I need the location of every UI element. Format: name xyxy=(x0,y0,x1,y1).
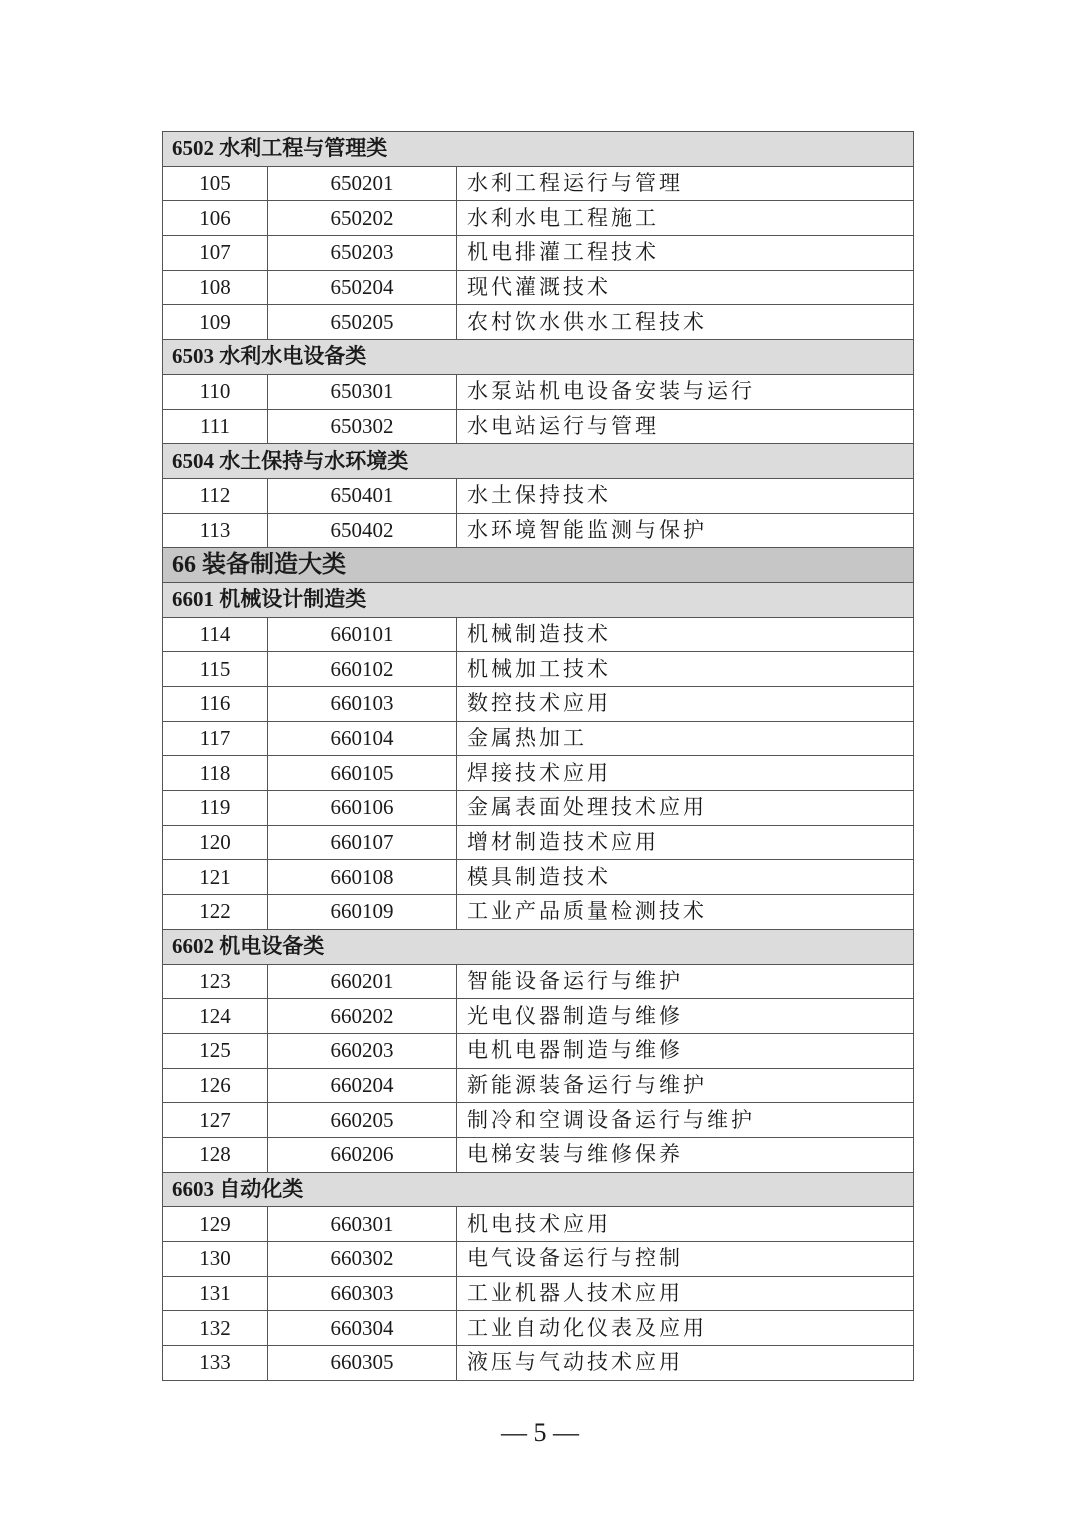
major-name-cell: 光电仪器制造与维修 xyxy=(457,999,914,1034)
row-number-cell: 113 xyxy=(163,513,268,548)
table-row: 124660202光电仪器制造与维修 xyxy=(163,999,914,1034)
major-code-cell: 650205 xyxy=(268,305,457,340)
major-code-cell: 660201 xyxy=(268,964,457,999)
major-name-cell: 水土保持技术 xyxy=(457,478,914,513)
major-name-cell: 现代灌溉技术 xyxy=(457,270,914,305)
major-name-cell: 金属表面处理技术应用 xyxy=(457,791,914,826)
row-number-cell: 122 xyxy=(163,895,268,930)
major-name-cell: 机械制造技术 xyxy=(457,617,914,652)
table-row: 122660109工业产品质量检测技术 xyxy=(163,895,914,930)
major-name-cell: 农村饮水供水工程技术 xyxy=(457,305,914,340)
subcategory-title: 6504 水土保持与水环境类 xyxy=(163,444,914,479)
subcategory-title: 6603 自动化类 xyxy=(163,1172,914,1207)
major-code-cell: 650203 xyxy=(268,236,457,271)
major-code-cell: 660102 xyxy=(268,652,457,687)
major-name-cell: 增材制造技术应用 xyxy=(457,825,914,860)
subcategory-title: 6601 机械设计制造类 xyxy=(163,582,914,617)
row-number-cell: 129 xyxy=(163,1207,268,1242)
major-name-cell: 水泵站机电设备安装与运行 xyxy=(457,374,914,409)
row-number-cell: 124 xyxy=(163,999,268,1034)
row-number-cell: 116 xyxy=(163,687,268,722)
major-category-row: 66 装备制造大类 xyxy=(163,548,914,583)
row-number-cell: 123 xyxy=(163,964,268,999)
major-name-cell: 制冷和空调设备运行与维护 xyxy=(457,1103,914,1138)
major-name-cell: 金属热加工 xyxy=(457,721,914,756)
table-body: 6502 水利工程与管理类105650201水利工程运行与管理106650202… xyxy=(163,132,914,1381)
table-row: 133660305液压与气动技术应用 xyxy=(163,1346,914,1381)
subcategory-row: 6602 机电设备类 xyxy=(163,929,914,964)
row-number-cell: 117 xyxy=(163,721,268,756)
major-name-cell: 水电站运行与管理 xyxy=(457,409,914,444)
subcategory-row: 6601 机械设计制造类 xyxy=(163,582,914,617)
major-code-cell: 650201 xyxy=(268,166,457,201)
table-row: 107650203机电排灌工程技术 xyxy=(163,236,914,271)
table-row: 113650402水环境智能监测与保护 xyxy=(163,513,914,548)
major-code-cell: 650301 xyxy=(268,374,457,409)
table-row: 125660203电机电器制造与维修 xyxy=(163,1033,914,1068)
table-row: 126660204新能源装备运行与维护 xyxy=(163,1068,914,1103)
row-number-cell: 121 xyxy=(163,860,268,895)
row-number-cell: 133 xyxy=(163,1346,268,1381)
table-row: 112650401水土保持技术 xyxy=(163,478,914,513)
row-number-cell: 112 xyxy=(163,478,268,513)
major-code-cell: 660108 xyxy=(268,860,457,895)
major-name-cell: 水利水电工程施工 xyxy=(457,201,914,236)
major-code-cell: 660103 xyxy=(268,687,457,722)
major-name-cell: 电梯安装与维修保养 xyxy=(457,1137,914,1172)
subcategory-title: 6502 水利工程与管理类 xyxy=(163,132,914,167)
table-row: 116660103数控技术应用 xyxy=(163,687,914,722)
row-number-cell: 128 xyxy=(163,1137,268,1172)
row-number-cell: 108 xyxy=(163,270,268,305)
row-number-cell: 109 xyxy=(163,305,268,340)
row-number-cell: 106 xyxy=(163,201,268,236)
major-code-cell: 660304 xyxy=(268,1311,457,1346)
table-row: 117660104金属热加工 xyxy=(163,721,914,756)
major-code-cell: 660205 xyxy=(268,1103,457,1138)
major-code-cell: 650204 xyxy=(268,270,457,305)
row-number-cell: 119 xyxy=(163,791,268,826)
row-number-cell: 107 xyxy=(163,236,268,271)
major-code-cell: 660305 xyxy=(268,1346,457,1381)
major-name-cell: 工业产品质量检测技术 xyxy=(457,895,914,930)
table-row: 110650301水泵站机电设备安装与运行 xyxy=(163,374,914,409)
major-name-cell: 机电排灌工程技术 xyxy=(457,236,914,271)
row-number-cell: 111 xyxy=(163,409,268,444)
major-name-cell: 工业自动化仪表及应用 xyxy=(457,1311,914,1346)
table-row: 128660206电梯安装与维修保养 xyxy=(163,1137,914,1172)
major-name-cell: 机电技术应用 xyxy=(457,1207,914,1242)
major-code-cell: 650402 xyxy=(268,513,457,548)
major-name-cell: 电气设备运行与控制 xyxy=(457,1242,914,1277)
row-number-cell: 132 xyxy=(163,1311,268,1346)
table-row: 129660301机电技术应用 xyxy=(163,1207,914,1242)
table-row: 106650202水利水电工程施工 xyxy=(163,201,914,236)
major-code-cell: 660109 xyxy=(268,895,457,930)
subcategory-row: 6504 水土保持与水环境类 xyxy=(163,444,914,479)
major-code-cell: 660106 xyxy=(268,791,457,826)
table-row: 111650302水电站运行与管理 xyxy=(163,409,914,444)
table-row: 121660108模具制造技术 xyxy=(163,860,914,895)
major-code-cell: 660301 xyxy=(268,1207,457,1242)
page-number: — 5 — xyxy=(0,1418,1080,1448)
table-row: 105650201水利工程运行与管理 xyxy=(163,166,914,201)
row-number-cell: 105 xyxy=(163,166,268,201)
subcategory-row: 6503 水利水电设备类 xyxy=(163,340,914,375)
table-row: 131660303工业机器人技术应用 xyxy=(163,1276,914,1311)
row-number-cell: 118 xyxy=(163,756,268,791)
major-code-cell: 660107 xyxy=(268,825,457,860)
row-number-cell: 120 xyxy=(163,825,268,860)
major-code-cell: 650302 xyxy=(268,409,457,444)
table-row: 127660205制冷和空调设备运行与维护 xyxy=(163,1103,914,1138)
table-row: 130660302电气设备运行与控制 xyxy=(163,1242,914,1277)
row-number-cell: 114 xyxy=(163,617,268,652)
table-row: 108650204现代灌溉技术 xyxy=(163,270,914,305)
major-name-cell: 智能设备运行与维护 xyxy=(457,964,914,999)
table-row: 123660201智能设备运行与维护 xyxy=(163,964,914,999)
majors-table: 6502 水利工程与管理类105650201水利工程运行与管理106650202… xyxy=(162,131,914,1381)
row-number-cell: 131 xyxy=(163,1276,268,1311)
major-code-cell: 660101 xyxy=(268,617,457,652)
table-row: 109650205农村饮水供水工程技术 xyxy=(163,305,914,340)
major-code-cell: 650401 xyxy=(268,478,457,513)
table-row: 120660107增材制造技术应用 xyxy=(163,825,914,860)
subcategory-row: 6603 自动化类 xyxy=(163,1172,914,1207)
table-row: 114660101机械制造技术 xyxy=(163,617,914,652)
table-row: 118660105焊接技术应用 xyxy=(163,756,914,791)
row-number-cell: 115 xyxy=(163,652,268,687)
subcategory-title: 6503 水利水电设备类 xyxy=(163,340,914,375)
subcategory-row: 6502 水利工程与管理类 xyxy=(163,132,914,167)
major-code-cell: 650202 xyxy=(268,201,457,236)
major-name-cell: 新能源装备运行与维护 xyxy=(457,1068,914,1103)
major-code-cell: 660202 xyxy=(268,999,457,1034)
major-code-cell: 660206 xyxy=(268,1137,457,1172)
row-number-cell: 126 xyxy=(163,1068,268,1103)
major-name-cell: 数控技术应用 xyxy=(457,687,914,722)
major-code-cell: 660105 xyxy=(268,756,457,791)
row-number-cell: 127 xyxy=(163,1103,268,1138)
major-name-cell: 水利工程运行与管理 xyxy=(457,166,914,201)
major-code-cell: 660302 xyxy=(268,1242,457,1277)
major-category-title: 66 装备制造大类 xyxy=(163,548,914,583)
major-name-cell: 模具制造技术 xyxy=(457,860,914,895)
major-code-cell: 660204 xyxy=(268,1068,457,1103)
major-code-cell: 660104 xyxy=(268,721,457,756)
row-number-cell: 110 xyxy=(163,374,268,409)
subcategory-title: 6602 机电设备类 xyxy=(163,929,914,964)
table-row: 115660102机械加工技术 xyxy=(163,652,914,687)
major-name-cell: 焊接技术应用 xyxy=(457,756,914,791)
major-code-cell: 660203 xyxy=(268,1033,457,1068)
major-name-cell: 液压与气动技术应用 xyxy=(457,1346,914,1381)
row-number-cell: 130 xyxy=(163,1242,268,1277)
table-row: 132660304工业自动化仪表及应用 xyxy=(163,1311,914,1346)
major-name-cell: 工业机器人技术应用 xyxy=(457,1276,914,1311)
major-name-cell: 电机电器制造与维修 xyxy=(457,1033,914,1068)
major-name-cell: 水环境智能监测与保护 xyxy=(457,513,914,548)
table-row: 119660106金属表面处理技术应用 xyxy=(163,791,914,826)
major-name-cell: 机械加工技术 xyxy=(457,652,914,687)
row-number-cell: 125 xyxy=(163,1033,268,1068)
major-code-cell: 660303 xyxy=(268,1276,457,1311)
